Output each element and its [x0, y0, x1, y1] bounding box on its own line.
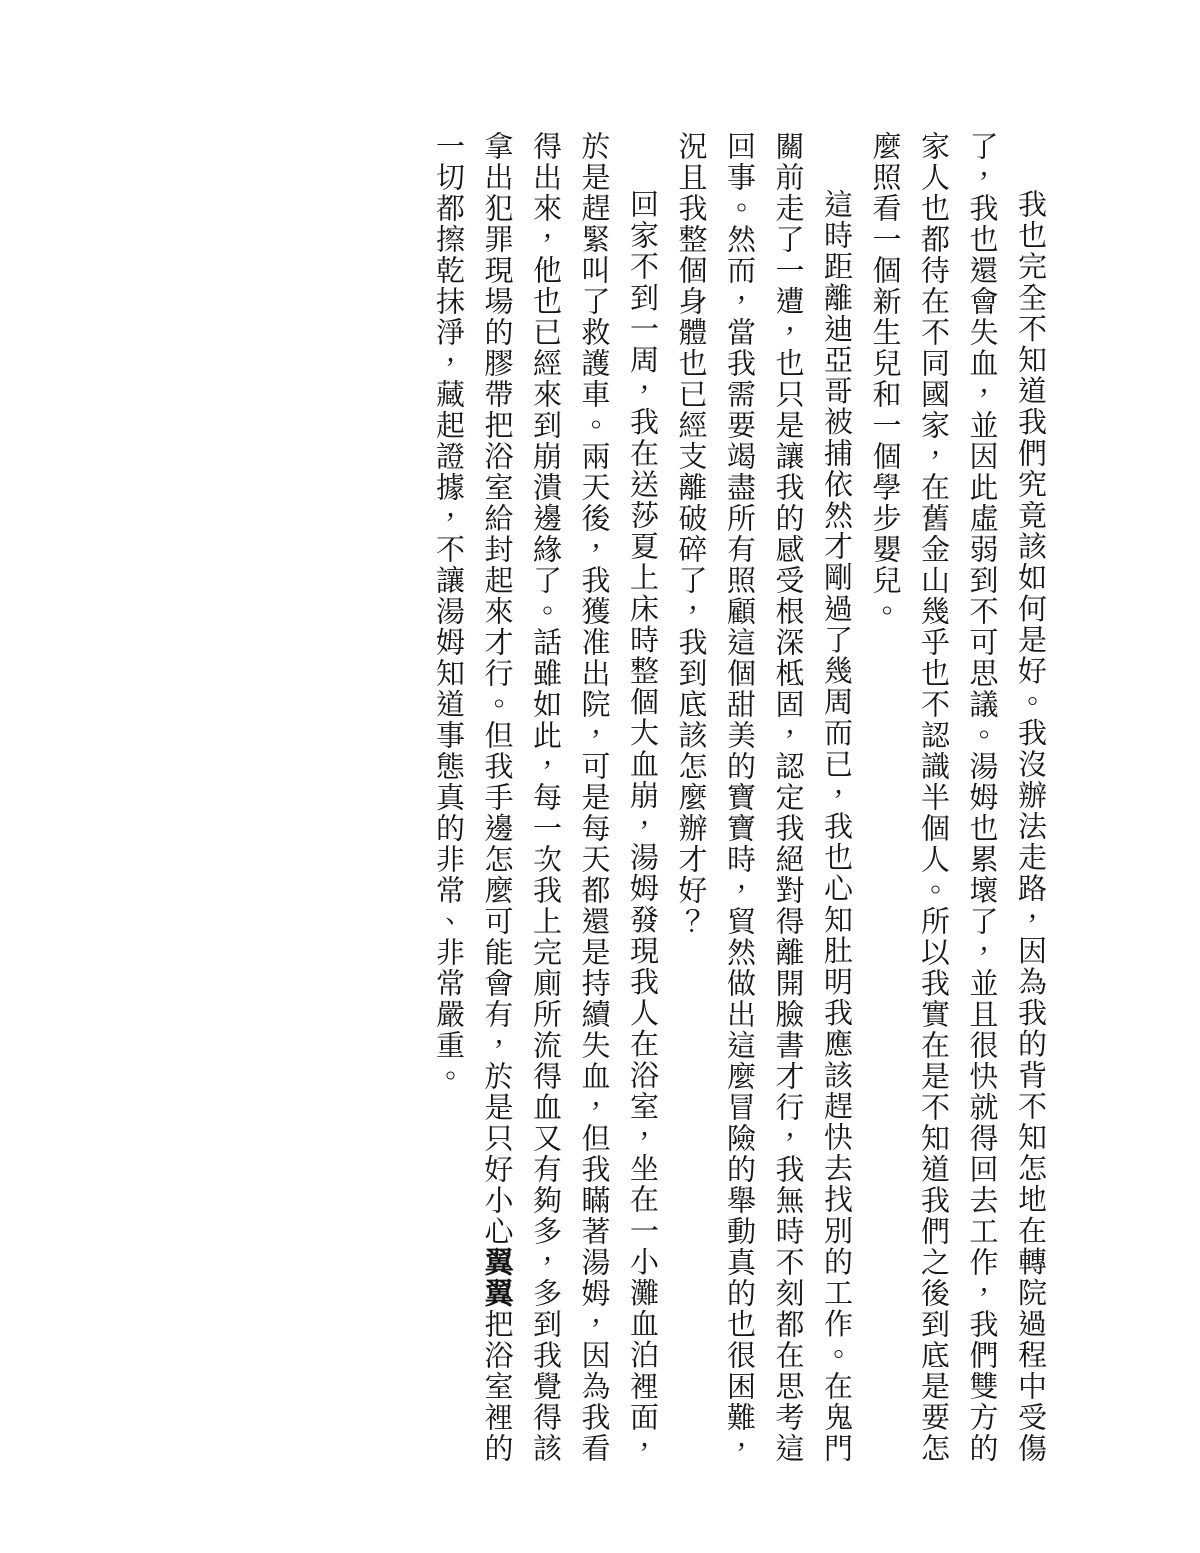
paragraph-1: 我也完全不知道我們究竟該如何是好。我沒辦法走路，因為我的背不知怎地在轉院過程中受…	[861, 131, 1055, 1464]
paragraph-3: 回家不到一周，我在送莎夏上床時整個大血崩，湯姆發現我人在浴室，坐在一小灘血泊裡面…	[425, 131, 668, 1464]
page-text-block: 我也完全不知道我們究竟該如何是好。我沒辦法走路，因為我的背不知怎地在轉院過程中受…	[425, 131, 1056, 1464]
paragraph-3-bold-run: 翼翼	[481, 1247, 515, 1309]
paragraph-2: 這時距離迪亞哥被捕依然才剛過了幾周而已，我也心知肚明我應該趕快去找別的工作。在鬼…	[667, 131, 861, 1464]
